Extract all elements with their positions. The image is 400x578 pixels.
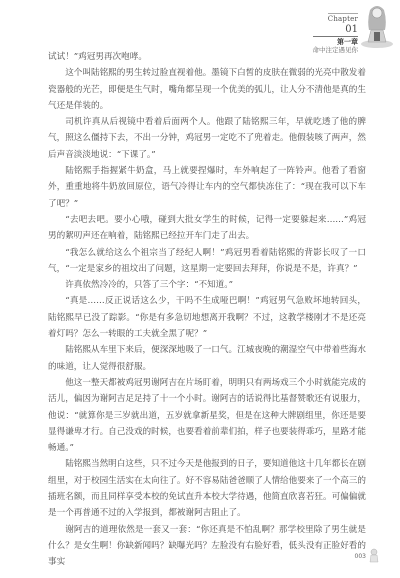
paragraph: “真是……反正说话这么少，干吗不生成哑巴啊！”鸡冠男气急败坏地转回头，陆铭熙早已… bbox=[48, 293, 366, 342]
chapter-number: 01 bbox=[313, 25, 359, 37]
girl-mini-illustration-icon bbox=[368, 548, 380, 564]
paragraph: 这个叫陆铭熙的男生转过脸直视着他。墨镜下白皙的皮肤在微弱的光亮中散发着瓷器般的光… bbox=[48, 65, 366, 114]
paragraph: 陆铭熙当然明白这些，只不过今天是他报到的日子，要知道他这十几年都长在剧组里，对于… bbox=[48, 456, 366, 521]
paragraph: 司机许真从后视镜中看着后面两个人。他跟了陆铭熙三年，早就吃透了他的脾气，照这么僵… bbox=[48, 114, 366, 163]
paragraph: 许真依然冷冷的，只答了三个字：“不知道。” bbox=[48, 277, 366, 293]
paragraph: 试试！”鸡冠男再次咆哮。 bbox=[48, 49, 366, 65]
paragraph: “我怎么就给这么个祖宗当了经纪人啊！”鸡冠男看着陆铭熙的背影长叹了一口气，“一定… bbox=[48, 245, 366, 278]
paragraph: “去吧去吧。要小心哦，碰到大批女学生的时候，记得一定要躲起来……”鸡冠男的絮叨声… bbox=[48, 212, 366, 245]
page-number: 003 bbox=[355, 553, 366, 560]
paragraph: 谢阿吉的道理依然是一套又一套：“你还真是不怕乱啊？那学校里除了男生就是什么？是女… bbox=[48, 522, 366, 571]
paragraph: 陆铭熙从车里下来后，便深深地吸了一口气。江城夜晚的潮湿空气中带着些海水的味道，让… bbox=[48, 342, 366, 375]
chapter-heading: Chapter 01 第一章 命中注定遇见你 bbox=[313, 6, 359, 54]
paragraph: 他这一整天都被鸡冠男谢阿吉在片场盯着，明明只有两场戏三个小时就能完成的活儿，偏因… bbox=[48, 375, 366, 456]
body-text: 试试！”鸡冠男再次咆哮。 这个叫陆铭熙的男生转过脸直视着他。墨镜下白皙的皮肤在微… bbox=[48, 49, 366, 571]
page-footer: 003 bbox=[355, 548, 380, 564]
chapter-word: Chapter bbox=[328, 13, 358, 23]
chapter-cn-label: 第一章 bbox=[313, 37, 359, 46]
paragraph: 陆铭熙手指握紧牛奶盒，马上就要捏爆时，车外响起了一阵铃声。他看了看窗外，重重地将… bbox=[48, 163, 366, 212]
girl-illustration-icon bbox=[360, 2, 394, 48]
